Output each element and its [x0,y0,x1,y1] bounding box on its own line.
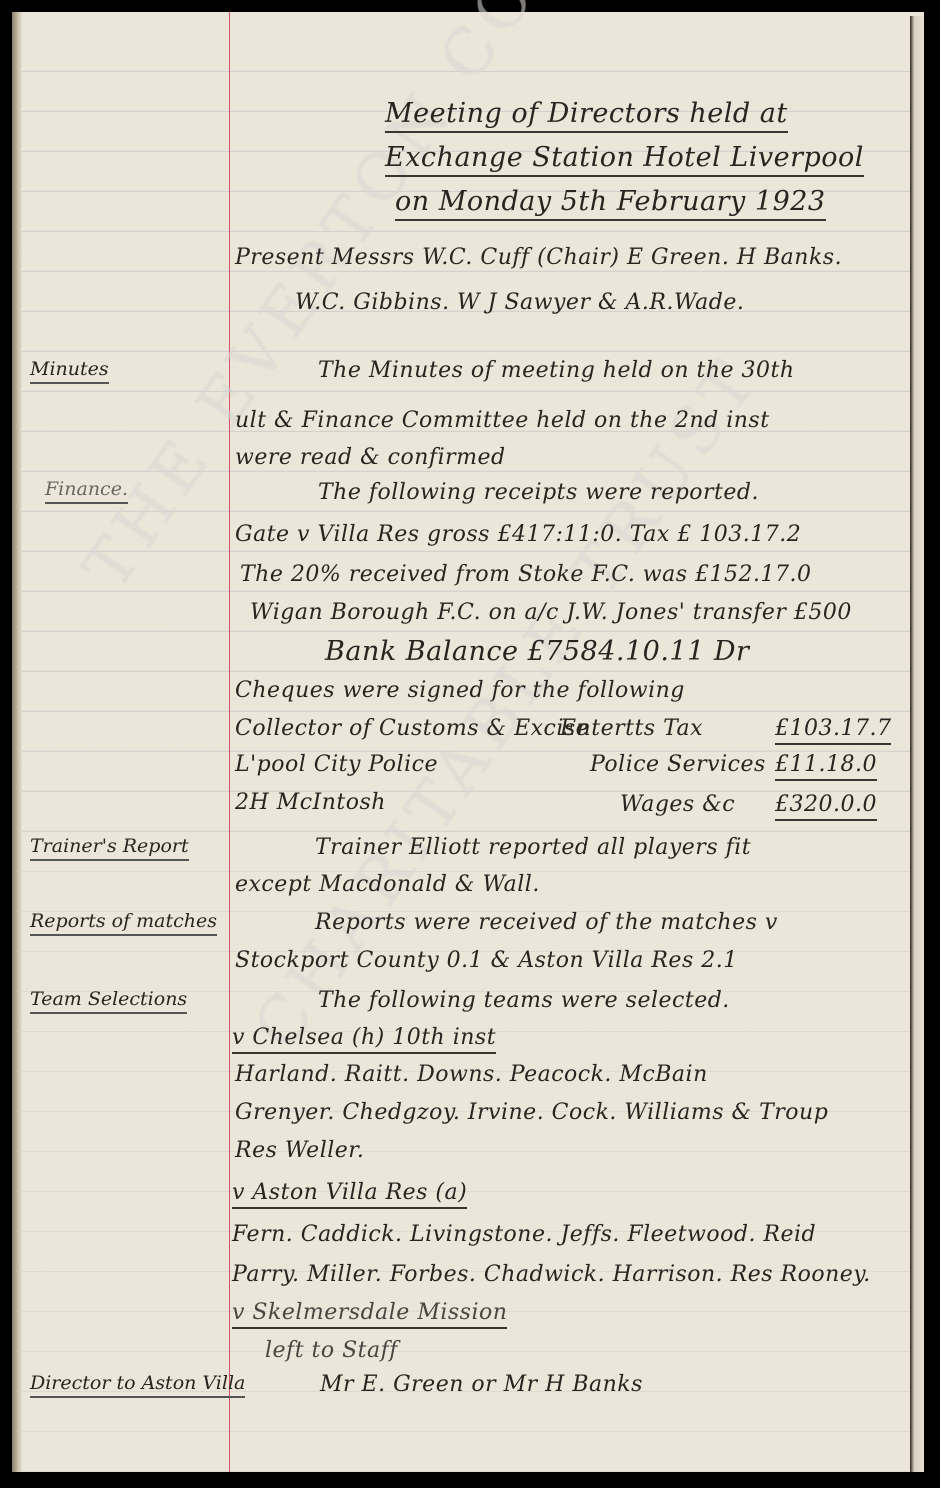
villa-team-line-1: Fern. Caddick. Livingstone. Jeffs. Fleet… [232,1222,816,1247]
heading-line-3: on Monday 5th February 1923 [395,186,826,217]
cheque-purpose-2: Police Services [590,752,766,777]
villa-team-line-2: Parry. Miller. Forbes. Chadwick. Harriso… [232,1262,871,1287]
finance-line-1: The following receipts were reported. [318,480,759,505]
finance-line-4: Wigan Borough F.C. on a/c J.W. Jones' tr… [250,600,852,625]
cheque-payee-3: 2H McIntosh [235,790,386,815]
cheques-heading: Cheques were signed for the following [235,678,685,703]
cheque-payee-1: Collector of Customs & Excise [235,716,589,741]
chelsea-team-line-1: Harland. Raitt. Downs. Peacock. McBain [235,1062,708,1087]
cheque-amount-1: £103.17.7 [775,716,891,741]
fixture-chelsea: v Chelsea (h) 10th inst [232,1025,496,1050]
trainers-report-line-1: Trainer Elliott reported all players fit [315,835,751,860]
match-reports-line-1: Reports were received of the matches v [315,910,778,935]
finance-line-3: The 20% received from Stoke F.C. was £15… [240,562,812,587]
fixture-aston-villa-res: v Aston Villa Res (a) [232,1180,467,1205]
minutes-line-1: The Minutes of meeting held on the 30th [318,358,795,383]
cheque-payee-2: L'pool City Police [235,752,438,777]
cheque-purpose-1: Entertts Tax [560,716,703,741]
margin-label-director-to-villa: Director to Aston Villa [30,1372,245,1394]
chelsea-team-reserve: Res Weller. [235,1138,364,1163]
trainers-report-line-2: except Macdonald & Wall. [235,872,540,897]
chelsea-team-line-2: Grenyer. Chedgzoy. Irvine. Cock. William… [235,1100,828,1125]
match-reports-line-2: Stockport County 0.1 & Aston Villa Res 2… [235,948,738,973]
margin-label-finance: Finance. [45,478,128,500]
page-edge-left [12,12,22,1472]
cheque-amount-2: £11.18.0 [775,752,877,777]
heading-line-1: Meeting of Directors held at [385,98,788,129]
present-line-1: Present Messrs W.C. Cuff (Chair) E Green… [235,245,842,270]
minutes-line-2: ult & Finance Committee held on the 2nd … [235,408,770,433]
skelmersdale-note: left to Staff [265,1338,398,1363]
margin-label-reports-of-matches: Reports of matches [30,910,217,932]
team-selections-intro: The following teams were selected. [318,988,730,1013]
cheque-purpose-3: Wages &c [620,792,735,817]
fixture-skelmersdale: v Skelmersdale Mission [232,1300,507,1325]
heading-line-2: Exchange Station Hotel Liverpool [385,142,864,173]
margin-label-trainers-report: Trainer's Report [30,835,189,857]
cheque-amount-3: £320.0.0 [775,792,877,817]
page-edge-right [910,16,924,1472]
present-line-2: W.C. Gibbins. W J Sawyer & A.R.Wade. [295,290,744,315]
bank-balance: Bank Balance £7584.10.11 Dr [325,636,749,667]
margin-label-minutes: Minutes [30,358,109,380]
margin-label-team-selections: Team Selections [30,988,187,1010]
director-to-villa-text: Mr E. Green or Mr H Banks [320,1372,643,1397]
margin-rule [229,12,230,1472]
minutes-line-3: were read & confirmed [235,445,506,470]
finance-line-2: Gate v Villa Res gross £417:11:0. Tax £ … [235,522,801,547]
